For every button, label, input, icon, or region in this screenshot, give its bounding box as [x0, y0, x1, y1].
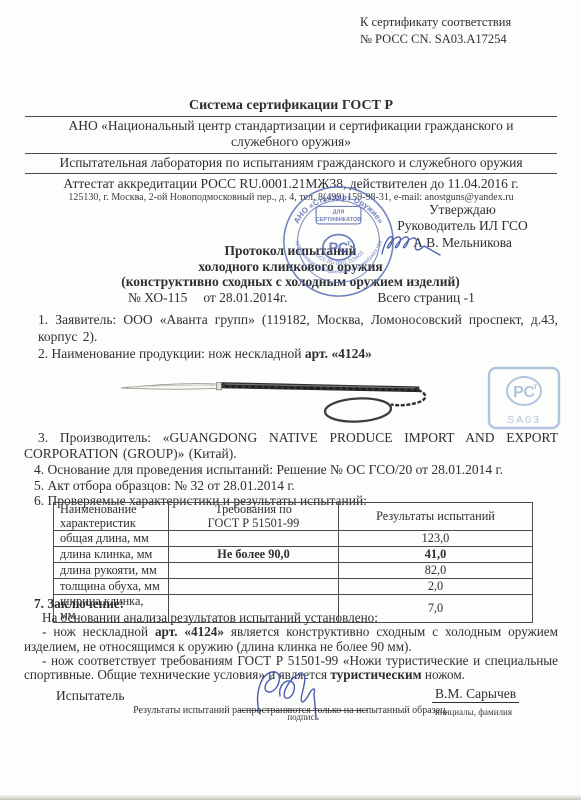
row-result: 123,0 [339, 531, 533, 547]
conclusion-heading: 7. Заключение: [24, 597, 558, 611]
product-name-item: 2. Наименование продукции: нож нескладно… [24, 346, 558, 363]
organization-name-line1: АНО «Национальный центр стандартизации и… [69, 118, 514, 133]
items-3-6: 3. Производитель: «GUANGDONG NATIVE PROD… [24, 430, 558, 509]
certificate-reference: К сертификату соответствия № РОСС CN. SA… [360, 14, 511, 48]
items-1-2: 1. Заявитель: ООО «Аванта групп» (119182… [24, 312, 558, 363]
test-basis-item: 4. Основание для проведения испытаний: Р… [24, 462, 558, 478]
table-header-row: Наименованиехарактеристик Требования поГ… [54, 503, 533, 531]
row-requirement [169, 579, 339, 595]
conclusion-intro: На основании анализа результатов испытан… [24, 611, 558, 625]
organization-name: АНО «Национальный центр стандартизации и… [25, 117, 557, 154]
laboratory-name: Испытательная лаборатория по испытаниям … [25, 154, 557, 174]
row-result: 2,0 [339, 579, 533, 595]
protocol-number: № ХО-115 [128, 290, 187, 305]
approver-role: Руководитель ИЛ ГСО [385, 218, 540, 234]
row-requirement [169, 531, 339, 547]
row-requirement: Не более 90,0 [169, 547, 339, 563]
product-article-number: арт. «4124» [305, 346, 372, 361]
footer-note: Результаты испытаний распространяются то… [0, 705, 581, 716]
sampling-act-item: 5. Акт отбора образцов: № 32 от 28.01.20… [24, 478, 558, 494]
table-row: общая длина, мм 123,0 [54, 531, 533, 547]
row-characteristic: длина рукояти, мм [54, 563, 169, 579]
svg-text:РС: РС [329, 241, 349, 257]
manufacturer-item: 3. Производитель: «GUANGDONG NATIVE PROD… [24, 430, 558, 461]
col-header-characteristic: Наименованиехарактеристик [54, 503, 169, 531]
round-certification-stamp-icon: АНО «Стандарт-Оружие» по сертификации гр… [279, 183, 398, 300]
scanned-test-protocol-document: К сертификату соответствия № РОСС CN. SA… [0, 0, 581, 800]
tester-name: В.М. Сарычев [432, 686, 519, 703]
svg-text:т: т [347, 238, 351, 247]
row-characteristic: общая длина, мм [54, 531, 169, 547]
square-stamp-logo-letters: РС [513, 384, 535, 401]
certificate-reference-line1: К сертификату соответствия [360, 14, 511, 31]
rst-logo-icon: РС т [323, 235, 354, 260]
row-result: 41,0 [339, 547, 533, 563]
square-stamp-code: SA03 [507, 414, 541, 426]
stamp-center-line2: СЕРТИФИКАТОВ [316, 217, 361, 223]
table-row: длина клинка, мм Не более 90,0 41,0 [54, 547, 533, 563]
product-image-row: РС т SA03 [0, 362, 581, 428]
table-row: длина рукояти, мм 82,0 [54, 563, 533, 579]
certificate-reference-number: № РОСС CN. SA03.A17254 [360, 31, 511, 48]
applicant-item: 1. Заявитель: ООО «Аванта групп» (119182… [24, 312, 558, 345]
row-characteristic: толщина обуха, мм [54, 579, 169, 595]
col-header-result: Результаты испытаний [339, 503, 533, 531]
product-name-text: 2. Наименование продукции: нож нескладно… [38, 346, 305, 361]
conclusion-point-1: - нож нескладной арт. «4124» является ко… [24, 625, 558, 653]
square-rst-stamp-icon: РС т SA03 [486, 365, 562, 431]
certification-system-title: Система сертификации ГОСТ Р [25, 98, 557, 117]
row-characteristic: длина клинка, мм [54, 547, 169, 563]
approval-word: Утверждаю [385, 202, 540, 218]
row-result: 82,0 [339, 563, 533, 579]
conclusion-section: 7. Заключение: На основании анализа резу… [24, 597, 558, 682]
square-stamp-logo-t: т [534, 382, 538, 391]
conclusion-point-2: - нож соответствует требованиям ГОСТ Р 5… [24, 654, 558, 682]
organization-name-line2: служебного оружия» [231, 134, 351, 149]
row-requirement [169, 563, 339, 579]
table-row: толщина обуха, мм 2,0 [54, 579, 533, 595]
stamp-center-line1: ДЛЯ [333, 210, 345, 216]
knife-product-photo [115, 369, 455, 429]
col-header-requirement: Требования поГОСТ Р 51501-99 [169, 503, 339, 531]
protocol-date: от 28.01.2014г. [203, 290, 287, 305]
tester-label: Испытатель [56, 688, 125, 704]
